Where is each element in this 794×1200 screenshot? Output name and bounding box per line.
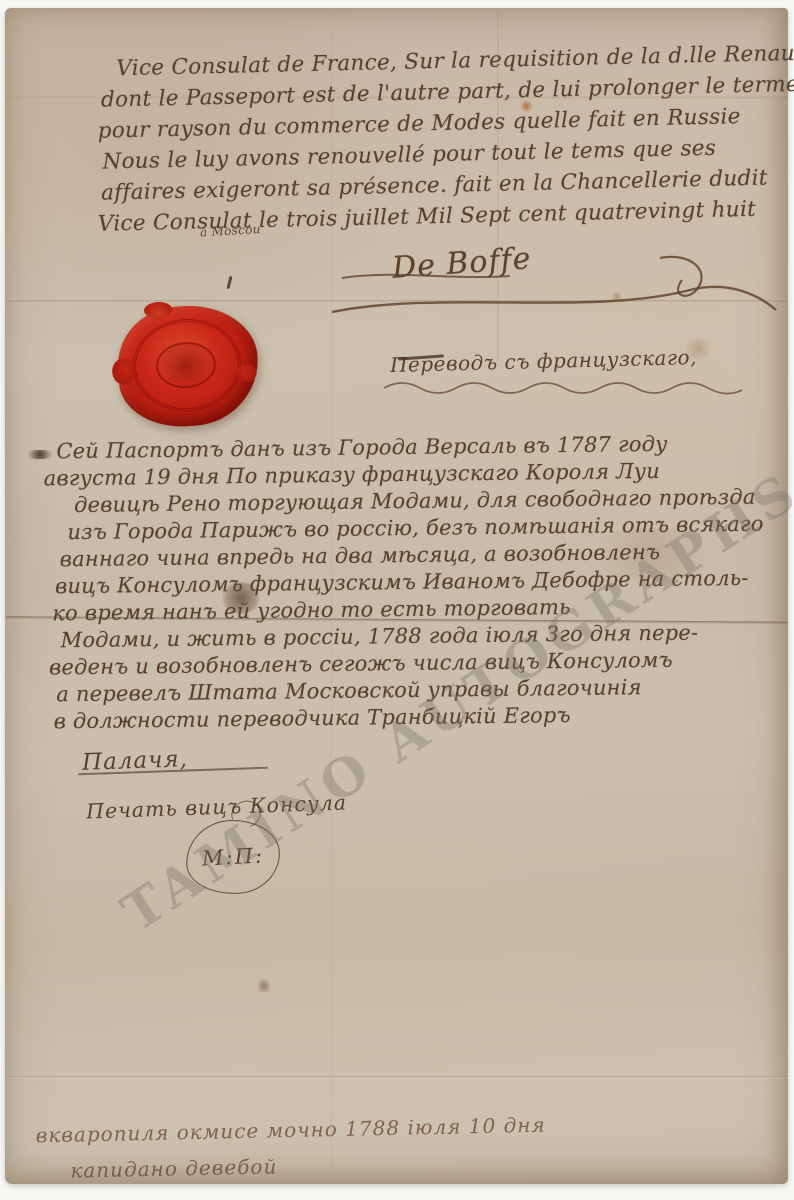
fold-crease-horizontal-4 [6,1076,788,1079]
small-ink-speck [258,978,270,994]
wax-seal-edge-bump [143,301,172,319]
bottom-notation-block: вкваропиля окмисе мочно 1788 іюля 10 дня… [35,1107,546,1190]
russian-text-block: Сей Паспортъ данъ изъ Города Версаль въ … [38,430,776,736]
wavy-underline-flourish [382,380,754,396]
wax-seal-edge-bump [236,363,257,382]
french-text-block: Vice Consulat de France, Sur la requisit… [100,38,776,239]
place-of-seal-initials: М:П: [201,843,264,870]
interline-insertion-note: à Moscou [199,214,261,248]
document-scan: Vice Consulat de France, Sur la requisit… [0,0,794,1200]
